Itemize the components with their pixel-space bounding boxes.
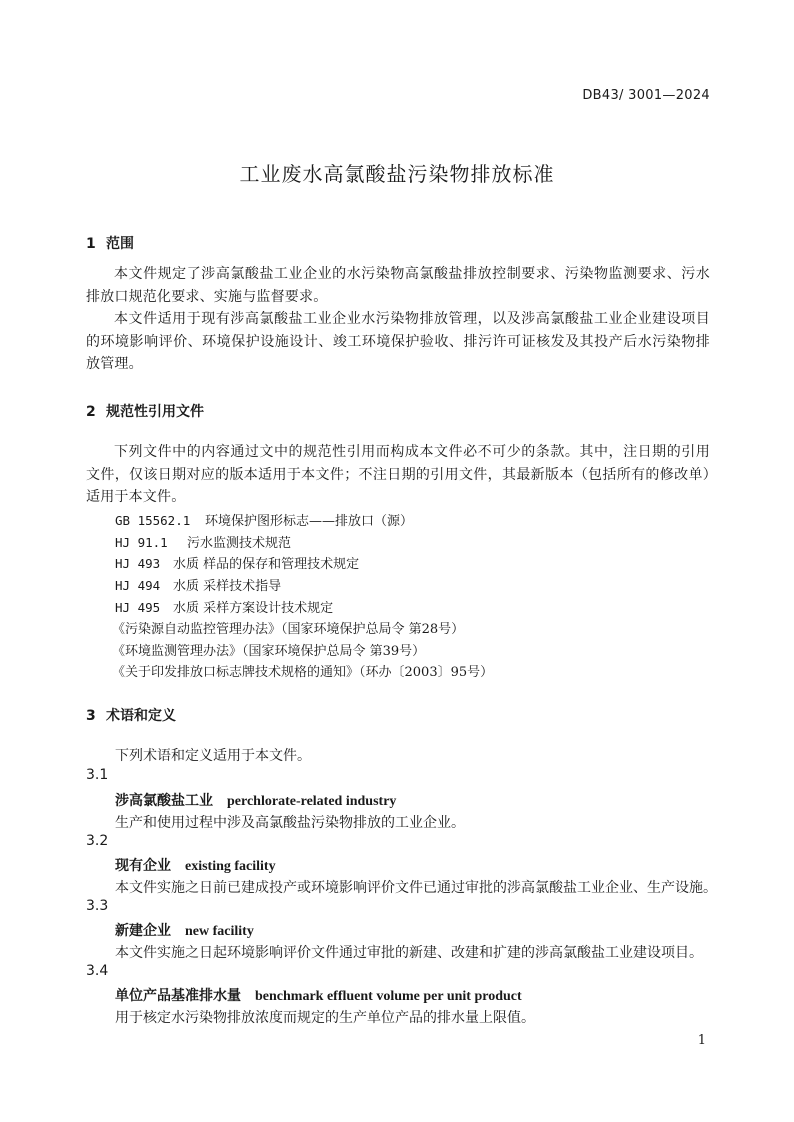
reference-title: 污水监测技术规范	[187, 536, 291, 551]
section-2-heading: 2规范性引用文件	[86, 401, 204, 421]
reference-code: GB 15562.1	[115, 513, 205, 528]
reference-title: 水质 样品的保存和管理技术规定	[173, 557, 359, 572]
section-number: 2	[86, 404, 106, 420]
scope-paragraph-2: 本文件适用于现有涉高氯酸盐工业企业水污染物排放管理，以及涉高氯酸盐工业企业建设项…	[86, 308, 710, 376]
terms-intro: 下列术语和定义适用于本文件。	[115, 745, 311, 765]
term-en: new facility	[185, 924, 254, 939]
reference-title: 《污染源自动监控管理办法》（国家环境保护总局令 第28号）	[112, 622, 464, 637]
term-definition: 生产和使用过程中涉及高氯酸盐污染物排放的工业企业。	[115, 812, 465, 832]
term-entry: 单位产品基准排水量benchmark effluent volume per u…	[115, 985, 522, 1005]
normative-references-paragraph: 下列文件中的内容通过文中的规范性引用而构成本文件必不可少的条款。其中，注日期的引…	[86, 441, 710, 509]
term-zh: 单位产品基准排水量	[115, 988, 241, 1004]
section-title: 范围	[106, 236, 134, 252]
clause-number: 3.1	[86, 767, 108, 783]
term-zh: 涉高氯酸盐工业	[115, 793, 213, 809]
reference-code: HJ 493	[115, 556, 173, 571]
reference-item: 《关于印发排放口标志牌技术规格的通知》（环办〔2003〕95号）	[112, 661, 493, 680]
reference-item: 《环境监测管理办法》（国家环境保护总局令 第39号）	[112, 640, 425, 659]
term-definition: 用于核定水污染物排放浓度而规定的生产单位产品的排水量上限值。	[115, 1007, 535, 1027]
section-number: 3	[86, 708, 106, 724]
reference-code: HJ 495	[115, 600, 173, 615]
reference-title: 环境保护图形标志——排放口（源）	[205, 514, 413, 529]
reference-item: HJ 493水质 样品的保存和管理技术规定	[115, 553, 359, 572]
reference-title: 《关于印发排放口标志牌技术规格的通知》（环办〔2003〕95号）	[112, 665, 493, 680]
section-1-heading: 1范围	[86, 233, 134, 253]
term-entry: 涉高氯酸盐工业perchlorate-related industry	[115, 790, 396, 810]
clause-number: 3.2	[86, 833, 108, 849]
term-definition: 本文件实施之日前已建成投产或环境影响评价文件已通过审批的涉高氯酸盐工业企业、生产…	[115, 877, 717, 897]
reference-item: GB 15562.1环境保护图形标志——排放口（源）	[115, 510, 413, 529]
term-en: existing facility	[185, 859, 276, 874]
standard-code: DB43/ 3001—2024	[582, 88, 710, 103]
clause-number: 3.3	[86, 898, 108, 914]
document-title: 工业废水高氯酸盐污染物排放标准	[0, 158, 794, 187]
section-number: 1	[86, 236, 106, 252]
reference-item: HJ 494水质 采样技术指导	[115, 575, 281, 594]
clause-number: 3.4	[86, 963, 108, 979]
section-3-heading: 3术语和定义	[86, 705, 176, 725]
term-zh: 新建企业	[115, 923, 171, 939]
term-definition: 本文件实施之日起环境影响评价文件通过审批的新建、改建和扩建的涉高氯酸盐工业建设项…	[115, 942, 703, 962]
reference-title: 《环境监测管理办法》（国家环境保护总局令 第39号）	[112, 644, 425, 659]
reference-code: HJ 91.1	[115, 535, 187, 550]
reference-title: 水质 采样方案设计技术规定	[173, 601, 333, 616]
page-number: 1	[698, 1033, 706, 1048]
term-entry: 现有企业existing facility	[115, 855, 276, 875]
scope-paragraph-1: 本文件规定了涉高氯酸盐工业企业的水污染物高氯酸盐排放控制要求、污染物监测要求、污…	[86, 263, 710, 308]
term-en: benchmark effluent volume per unit produ…	[255, 989, 522, 1004]
reference-item: HJ 495水质 采样方案设计技术规定	[115, 597, 333, 616]
reference-code: HJ 494	[115, 578, 173, 593]
term-en: perchlorate-related industry	[227, 794, 396, 809]
reference-title: 水质 采样技术指导	[173, 579, 281, 594]
reference-item: HJ 91.1污水监测技术规范	[115, 532, 291, 551]
term-entry: 新建企业new facility	[115, 920, 254, 940]
term-zh: 现有企业	[115, 858, 171, 874]
reference-item: 《污染源自动监控管理办法》（国家环境保护总局令 第28号）	[112, 618, 464, 637]
section-title: 规范性引用文件	[106, 404, 204, 420]
section-title: 术语和定义	[106, 708, 176, 724]
